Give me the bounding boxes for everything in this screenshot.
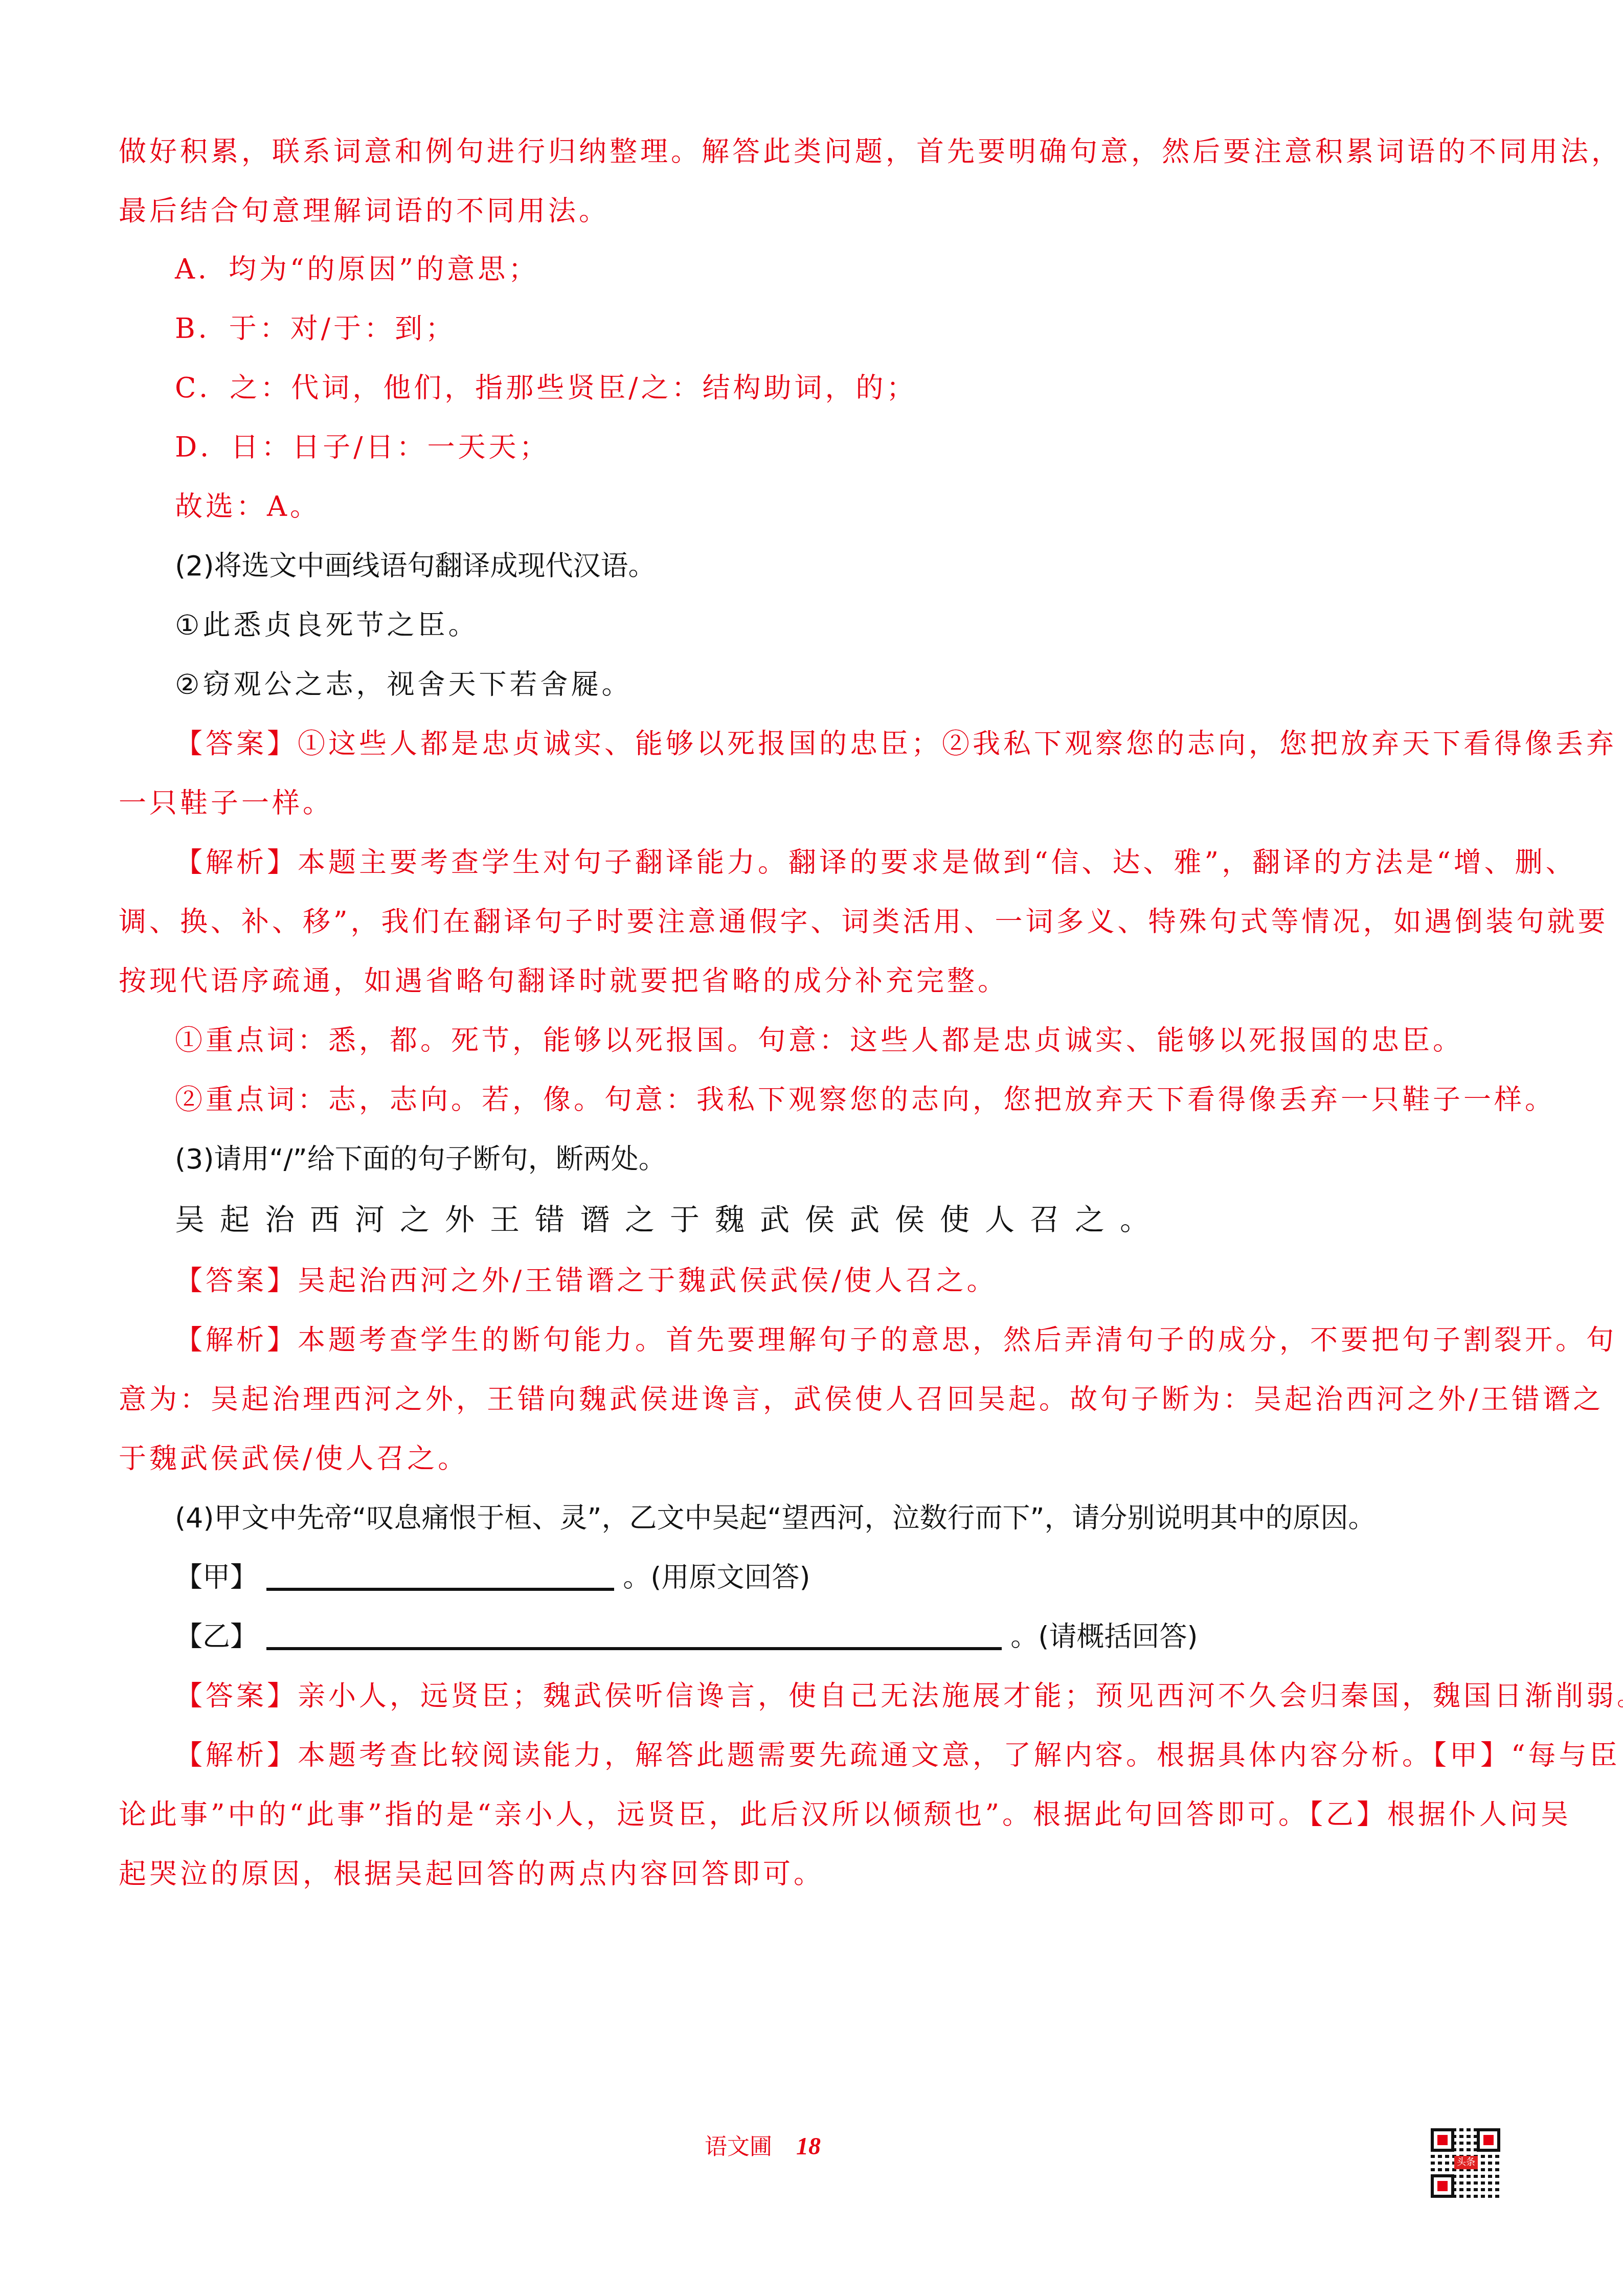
document-page: 做好积累，联系词意和例句进行归纳整理。解答此类问题，首先要明确句意，然后要注意积… bbox=[0, 0, 1623, 2296]
question-4-analysis-cont: 论此事”中的“此事”指的是“亲小人，远贤臣，此后汉所以倾颓也”。根据此句回答即可… bbox=[119, 1797, 1571, 1833]
chosen-answer: 故选：A。 bbox=[175, 489, 321, 525]
qr-code-icon: 头条 bbox=[1431, 2128, 1500, 2198]
page-footer: 语文圃 18 bbox=[705, 2128, 821, 2161]
explanation-line: 最后结合句意理解词语的不同用法。 bbox=[119, 193, 610, 229]
question-3-sentence: 吴起治西河之外王错谮之于魏武侯武侯使人召之。 bbox=[175, 1202, 1165, 1237]
question-2-item-2: ②窃观公之志，视舍天下若舍屣。 bbox=[175, 667, 632, 703]
question-3-answer: 【答案】吴起治西河之外/王错谮之于魏武侯武侯/使人召之。 bbox=[175, 1263, 997, 1299]
question-2-analysis-cont: 按现代语序疏通，如遇省略句翻译时就要把省略的成分补充完整。 bbox=[119, 963, 1008, 999]
question-4-analysis-cont: 起哭泣的原因，根据吴起回答的两点内容回答即可。 bbox=[119, 1856, 824, 1892]
option-a-explanation: A．均为“的原因”的意思； bbox=[175, 252, 539, 287]
yi-label: 【乙】 bbox=[175, 1620, 258, 1653]
yi-answer-blank[interactable] bbox=[266, 1619, 1002, 1650]
question-4-yi-row: 【乙】 。(请概括回答) bbox=[175, 1619, 1198, 1655]
question-3-analysis-cont: 于魏武侯武侯/使人召之。 bbox=[119, 1441, 468, 1477]
question-4-answer: 【答案】亲小人，远贤臣；魏武侯听信谗言，使自己无法施展才能；预见西河不久会归秦国… bbox=[175, 1678, 1623, 1714]
question-3-heading: (3)请用“/”给下面的句子断句，断两处。 bbox=[175, 1141, 666, 1177]
option-c-explanation: C．之：代词，他们，指那些贤臣/之：结构助词，的； bbox=[175, 370, 917, 406]
qr-finder-icon bbox=[1431, 2128, 1454, 2152]
question-3-analysis: 【解析】本题考查学生的断句能力。首先要理解句子的意思，然后弄清句子的成分，不要把… bbox=[175, 1322, 1617, 1358]
footer-brand: 语文圃 bbox=[705, 2134, 772, 2160]
question-2-keypoint-2: ②重点词：志，志向。若，像。句意：我私下观察您的志向，您把放弃天下看得像丢弃一只… bbox=[175, 1082, 1556, 1118]
question-4-jia-row: 【甲】 。(用原文回答) bbox=[175, 1560, 810, 1595]
qr-finder-icon bbox=[1431, 2174, 1454, 2198]
question-2-answer: 【答案】①这些人都是忠贞诚实、能够以死报国的忠臣；②我私下观察您的志向，您把放弃… bbox=[175, 726, 1617, 762]
question-2-keypoint-1: ①重点词：悉，都。死节，能够以死报国。句意：这些人都是忠贞诚实、能够以死报国的忠… bbox=[175, 1023, 1463, 1059]
question-4-heading: (4)甲文中先帝“叹息痛恨于桓、灵”，乙文中吴起“望西河，泣数行而下”，请分别说… bbox=[175, 1500, 1376, 1536]
question-2-analysis-cont: 调、换、补、移”，我们在翻译句子时要注意通假字、词类活用、一词多义、特殊句式等情… bbox=[119, 904, 1609, 940]
option-b-explanation: B．于：对/于：到； bbox=[175, 311, 456, 347]
qr-logo: 头条 bbox=[1454, 2156, 1478, 2169]
question-3-analysis-cont: 意为：吴起治理西河之外，王错向魏武侯进谗言，武侯使人召回吴起。故句子断为：吴起治… bbox=[119, 1382, 1604, 1417]
jia-hint: 。(用原文回答) bbox=[623, 1561, 810, 1593]
question-2-analysis: 【解析】本题主要考查学生对句子翻译能力。翻译的要求是做到“信、达、雅”，翻译的方… bbox=[175, 845, 1576, 881]
option-d-explanation: D．日：日子/日：一天天； bbox=[175, 430, 550, 465]
jia-answer-blank[interactable] bbox=[266, 1560, 614, 1591]
page-number: 18 bbox=[796, 2133, 821, 2160]
jia-label: 【甲】 bbox=[175, 1561, 258, 1593]
question-2-answer-cont: 一只鞋子一样。 bbox=[119, 785, 333, 821]
explanation-line: 做好积累，联系词意和例句进行归纳整理。解答此类问题，首先要明确句意，然后要注意积… bbox=[119, 134, 1622, 170]
yi-hint: 。(请概括回答) bbox=[1010, 1620, 1198, 1653]
question-4-analysis: 【解析】本题考查比较阅读能力，解答此题需要先疏通文意，了解内容。根据具体内容分析… bbox=[175, 1738, 1620, 1773]
question-2-item-1: ①此悉贞良死节之臣。 bbox=[175, 607, 479, 643]
qr-finder-icon bbox=[1477, 2128, 1500, 2152]
question-2-heading: (2)将选文中画线语句翻译成现代汉语。 bbox=[175, 548, 656, 584]
